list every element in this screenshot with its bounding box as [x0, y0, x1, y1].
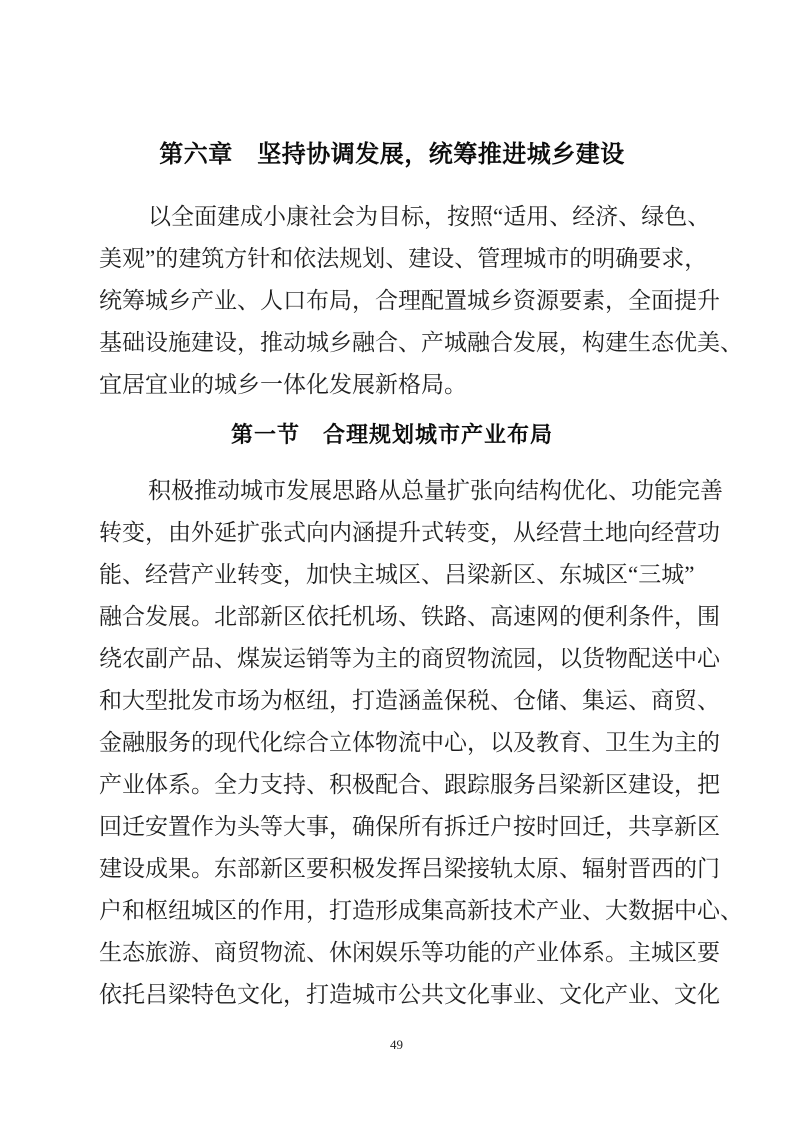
paragraph-2-line: 生态旅游、商贸物流、休闲娱乐等功能的产业体系。主城区要	[99, 932, 685, 974]
paragraph-2-line: 建设成果。东部新区要积极发挥吕梁接轨太原、辐射晋西的门	[99, 848, 685, 890]
paragraph-1: 以全面建成小康社会为目标，按照“适用、经济、绿色、 美观”的建筑方针和依法规划、…	[99, 196, 685, 406]
paragraph-2-line: 融合发展。北部新区依托机场、铁路、高速网的便利条件，围	[99, 596, 685, 638]
page-number: 49	[0, 1036, 793, 1054]
paragraph-2-line: 转变，由外延扩张式向内涵提升式转变，从经营土地向经营功	[99, 512, 685, 554]
chapter-title: 第六章 坚持协调发展，统筹推进城乡建设	[99, 139, 685, 170]
paragraph-2-line: 金融服务的现代化综合立体物流中心，以及教育、卫生为主的	[99, 722, 685, 764]
paragraph-1-line: 以全面建成小康社会为目标，按照“适用、经济、绿色、	[99, 196, 685, 238]
paragraph-2-line: 户和枢纽城区的作用，打造形成集高新技术产业、大数据中心、	[99, 890, 685, 932]
paragraph-2-line: 依托吕梁特色文化，打造城市公共文化事业、文化产业、文化	[99, 974, 685, 1016]
paragraph-1-line: 宜居宜业的城乡一体化发展新格局。	[99, 364, 685, 406]
paragraph-2: 积极推动城市发展思路从总量扩张向结构优化、功能完善 转变，由外延扩张式向内涵提升…	[99, 470, 685, 1016]
paragraph-2-line: 能、经营产业转变，加快主城区、吕梁新区、东城区“三城”	[99, 554, 685, 596]
paragraph-2-line: 绕农副产品、煤炭运销等为主的商贸物流园，以货物配送中心	[99, 638, 685, 680]
paragraph-2-line: 和大型批发市场为枢纽，打造涵盖保税、仓储、集运、商贸、	[99, 680, 685, 722]
paragraph-2-line: 回迁安置作为头等大事，确保所有拆迁户按时回迁，共享新区	[99, 806, 685, 848]
section-title: 第一节 合理规划城市产业布局	[99, 420, 685, 450]
paragraph-1-line: 美观”的建筑方针和依法规划、建设、管理城市的明确要求，	[99, 238, 685, 280]
page-content: 第六章 坚持协调发展，统筹推进城乡建设 以全面建成小康社会为目标，按照“适用、经…	[99, 0, 685, 1016]
document-page: 第六章 坚持协调发展，统筹推进城乡建设 以全面建成小康社会为目标，按照“适用、经…	[0, 0, 793, 1122]
paragraph-2-line: 积极推动城市发展思路从总量扩张向结构优化、功能完善	[99, 470, 685, 512]
paragraph-2-line: 产业体系。全力支持、积极配合、跟踪服务吕梁新区建设，把	[99, 764, 685, 806]
paragraph-1-line: 统筹城乡产业、人口布局，合理配置城乡资源要素，全面提升	[99, 280, 685, 322]
paragraph-1-line: 基础设施建设，推动城乡融合、产城融合发展，构建生态优美、	[99, 322, 685, 364]
